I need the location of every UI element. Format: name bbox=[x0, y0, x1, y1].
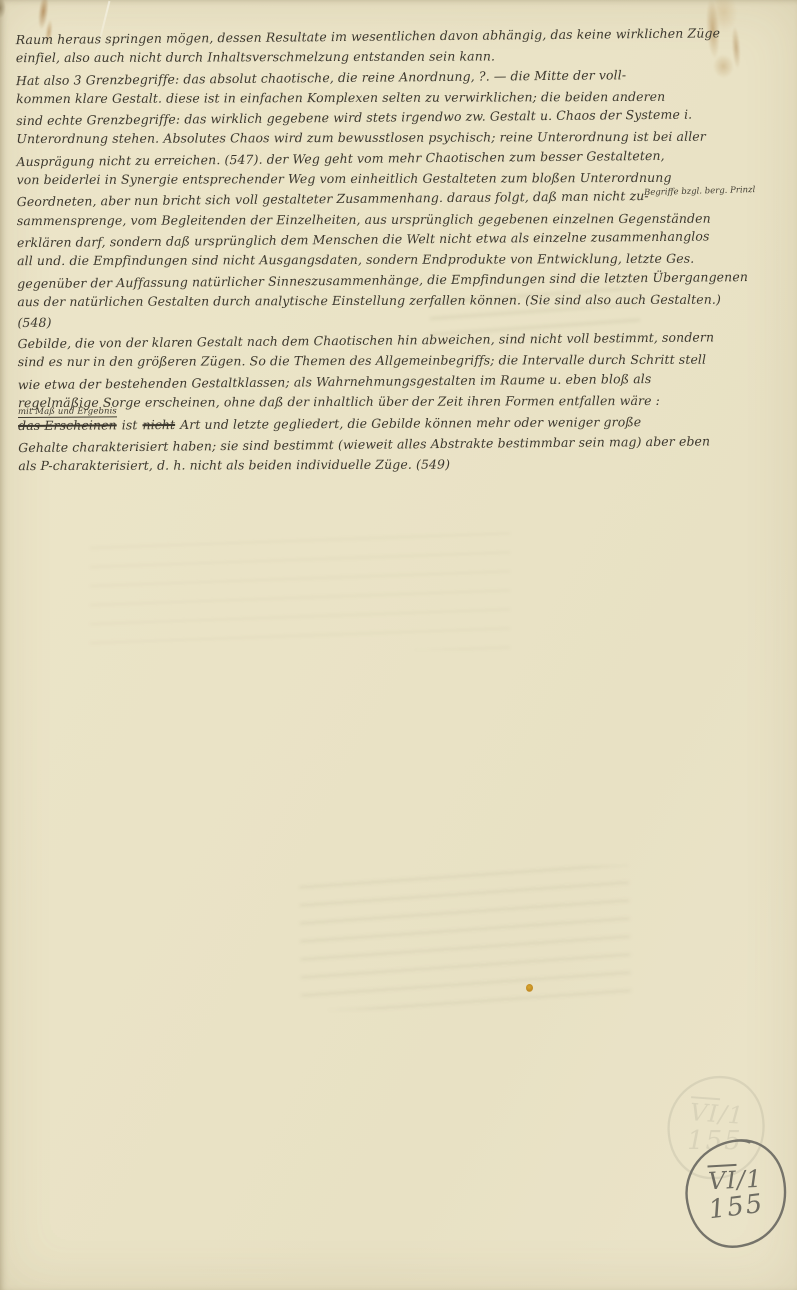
archive-stamp: VI/1 155 bbox=[679, 1133, 793, 1254]
interlinear-insertion: mit Maß und Ergebnis bbox=[18, 408, 117, 419]
paragraph-2a: Gebilde, die von der klaren Gestalt nach… bbox=[17, 329, 665, 414]
paragraph-1: Raum heraus springen mögen, dessen Resul… bbox=[16, 25, 666, 313]
edited-line-word: ist bbox=[122, 418, 138, 433]
ink-showthrough bbox=[90, 530, 510, 650]
corner-smudge bbox=[0, 0, 12, 26]
stamp-number: 155 bbox=[707, 1190, 766, 1225]
manuscript-line: als P-charakterisiert, d. h. nicht als b… bbox=[18, 454, 666, 477]
crossed-out-text: das Erscheinen bbox=[18, 418, 117, 434]
manuscript-page: Raum heraus springen mögen, dessen Resul… bbox=[0, 0, 797, 1290]
stain-top-right bbox=[688, 0, 766, 105]
handwritten-text: Raum heraus springen mögen, dessen Resul… bbox=[16, 25, 667, 477]
edited-line-rest: Art und letzte gegliedert, die Gebilde k… bbox=[180, 415, 641, 433]
paper-speck bbox=[526, 984, 533, 992]
margin-note: Begriffe bzgl. berg. Prinzl bbox=[644, 184, 794, 198]
paragraph-2b: Gehalte charakterisiert haben; sie sind … bbox=[18, 433, 666, 478]
stamp-signature-ghost: VI/1 bbox=[689, 1099, 745, 1129]
crossed-out-word: nicht bbox=[142, 417, 175, 432]
ink-showthrough bbox=[299, 865, 631, 1011]
